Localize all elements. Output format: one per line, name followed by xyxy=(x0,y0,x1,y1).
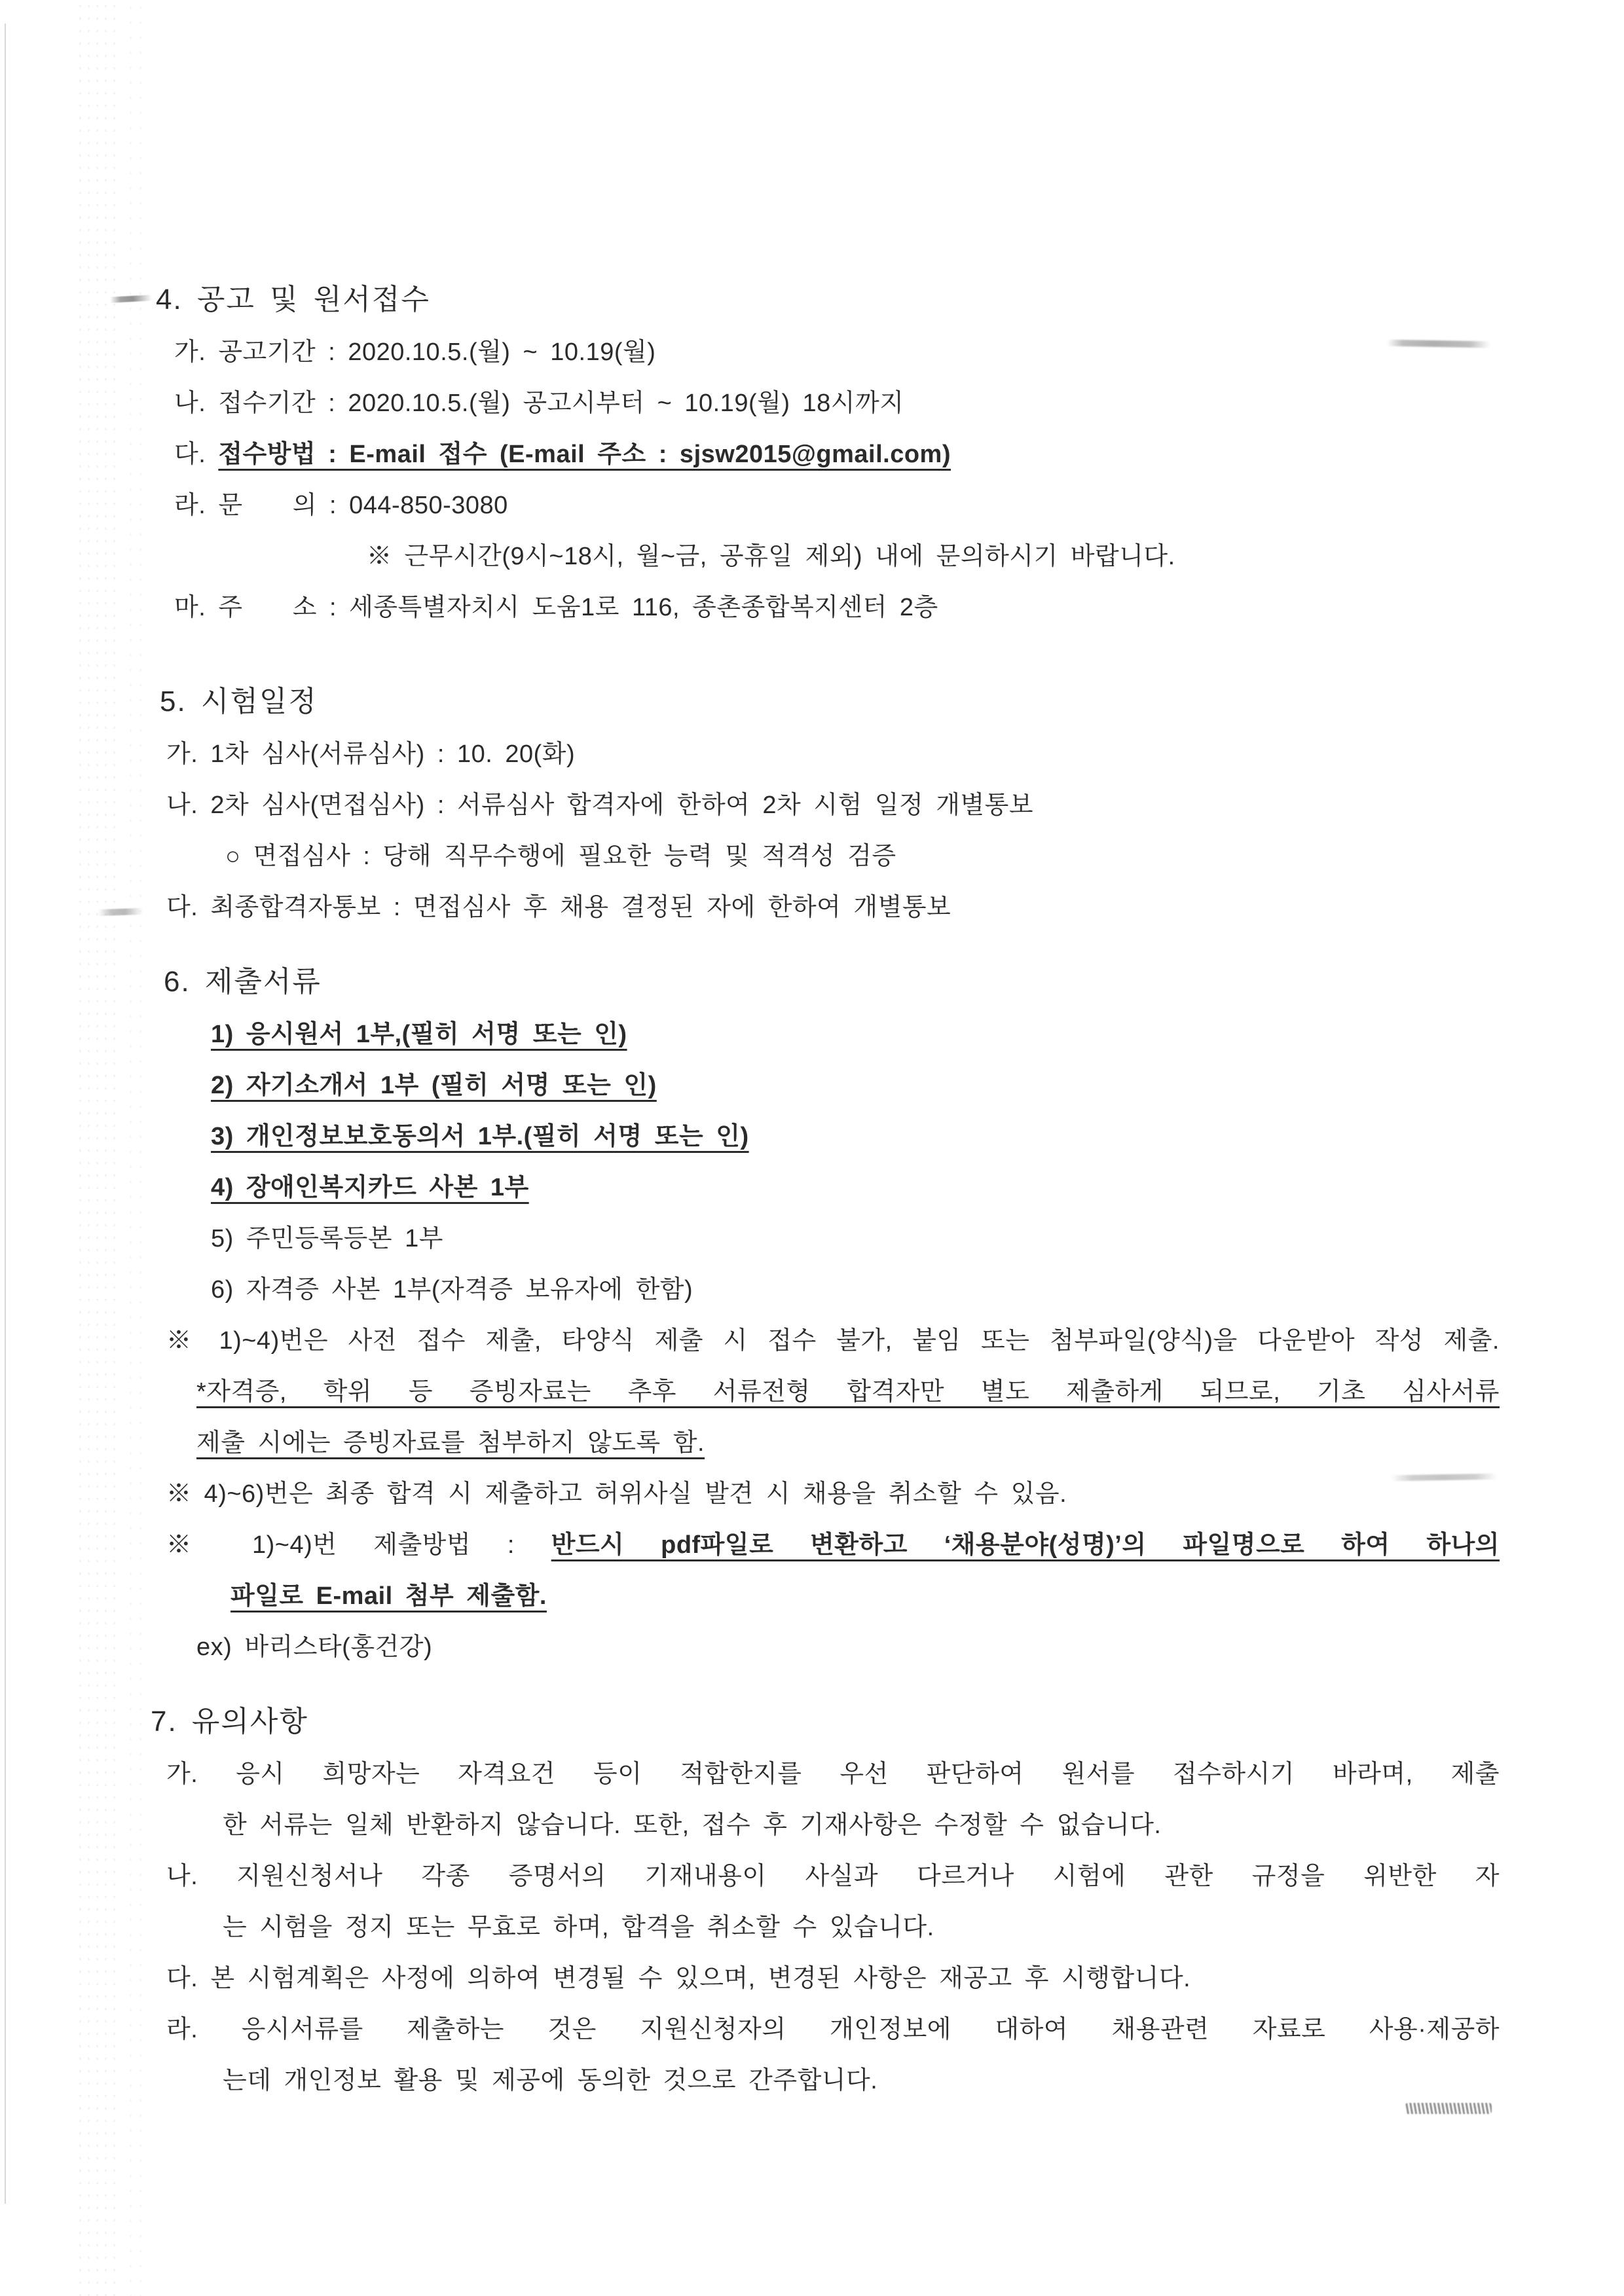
note-filename-example: ex) 바리스타(홍건강) xyxy=(196,1629,1500,1666)
doc-item-3-text: 3) 개인정보보호동의서 1부.(필히 서명 또는 인) xyxy=(211,1123,749,1150)
line-contact-phone: 라. 문 의 : 044-850-3080 xyxy=(174,487,1500,524)
section-exam-schedule: 5. 시험일정 가. 1차 심사(서류심사) : 10. 20(화) 나. 2차… xyxy=(151,682,1500,926)
line-address: 마. 주 소 : 세종특별자치시 도움1로 116, 종촌종합복지센터 2층 xyxy=(174,589,1500,626)
document-notes: ※ 1)~4)번은 사전 접수 제출, 타양식 제출 시 접수 불가, 붙임 또… xyxy=(151,1322,1500,1666)
note-evidence-materials-text1: *자격증, 학위 등 증빙자료는 추후 서류전형 합격자만 별도 제출하게 되므… xyxy=(196,1378,1500,1406)
line-doc-application-form: 1) 응시원서 1부,(필히 서명 또는 인) xyxy=(211,1016,1500,1053)
doc-item-1-text: 1) 응시원서 1부,(필히 서명 또는 인) xyxy=(211,1021,627,1048)
precaution-ga-line1: 가. 응시 희망자는 자격요건 등이 적합한지를 우선 판단하여 원서를 접수하… xyxy=(166,1756,1500,1793)
precaution-da-line: 다. 본 시험계획은 사정에 의하여 변경될 수 있으며, 변경된 사항은 재공… xyxy=(166,1960,1500,1997)
line-doc-privacy-consent: 3) 개인정보보호동의서 1부.(필히 서명 또는 인) xyxy=(211,1118,1500,1155)
note-pdf-method-strong: 반드시 pdf파일로 변환하고 ‘채용분야(성명)’의 파일명으로 하여 하나의 xyxy=(551,1531,1500,1559)
doc-item-4-text: 4) 장애인복지카드 사본 1부 xyxy=(211,1174,529,1201)
line-second-screening: 나. 2차 심사(면접심사) : 서류심사 합격자에 한하여 2차 시험 일정 … xyxy=(166,787,1500,824)
line-application-method-prefix: 다. xyxy=(174,441,218,468)
line-interview-detail: ○ 면접심사 : 당해 직무수행에 필요한 능력 및 적격성 검증 xyxy=(225,838,1500,875)
scan-artifact-dash xyxy=(110,295,152,302)
line-doc-self-introduction: 2) 자기소개서 1부 (필히 서명 또는 인) xyxy=(211,1067,1500,1104)
line-application-period: 나. 접수기간 : 2020.10.5.(월) 공고시부터 ~ 10.19(월)… xyxy=(174,385,1500,422)
note-pdf-method-prefix: ※ 1)~4)번 제출방법 : xyxy=(166,1531,551,1559)
precaution-ga-line2: 한 서류는 일체 반환하지 않습니다. 또한, 접수 후 기재사항은 수정할 수… xyxy=(223,1807,1500,1844)
note-evidence-materials-line1: *자격증, 학위 등 증빙자료는 추후 서류전형 합격자만 별도 제출하게 되므… xyxy=(196,1374,1500,1410)
line-office-hours-note: ※ 근무시간(9시~18시, 월~금, 공휴일 제외) 내에 문의하시기 바랍니… xyxy=(367,538,1500,575)
section-required-documents: 6. 제출서류 1) 응시원서 1부,(필히 서명 또는 인) 2) 자기소개서… xyxy=(151,962,1500,1666)
scan-artifact-left-edge-line xyxy=(5,24,6,2204)
line-announcement-period: 가. 공고기간 : 2020.10.5.(월) ~ 10.19(월) xyxy=(174,334,1500,371)
line-application-method: 다. 접수방법 : E-mail 접수 (E-mail 주소 : sjsw201… xyxy=(174,436,1500,473)
section-7-heading: 7. 유의사항 xyxy=(151,1702,1500,1741)
precaution-na-line1: 나. 지원신청서나 각종 증명서의 기재내용이 사실과 다르거나 시험에 관한 … xyxy=(166,1858,1500,1895)
line-doc-license-copy: 6) 자격증 사본 1부(자격증 보유자에 한함) xyxy=(211,1271,1500,1308)
document-content: 4. 공고 및 원서접수 가. 공고기간 : 2020.10.5.(월) ~ 1… xyxy=(151,280,1500,2113)
scan-artifact-speckle-band xyxy=(76,0,117,2296)
line-first-screening: 가. 1차 심사(서류심사) : 10. 20(화) xyxy=(166,736,1500,773)
section-announcement-and-application: 4. 공고 및 원서접수 가. 공고기간 : 2020.10.5.(월) ~ 1… xyxy=(151,280,1500,626)
precaution-ra-line1: 라. 응시서류를 제출하는 것은 지원신청자의 개인정보에 대하여 채용관련 자… xyxy=(166,2011,1500,2048)
note-final-submission: ※ 4)~6)번은 최종 합격 시 제출하고 허위사실 발견 시 채용을 취소할… xyxy=(166,1476,1500,1512)
doc-item-2-text: 2) 자기소개서 1부 (필히 서명 또는 인) xyxy=(211,1072,657,1099)
section-precautions: 7. 유의사항 가. 응시 희망자는 자격요건 등이 적합한지를 우선 판단하여… xyxy=(151,1702,1500,2099)
note-pdf-method-line2: 파일로 E-mail 첨부 제출함. xyxy=(231,1578,1500,1614)
line-doc-disability-card: 4) 장애인복지카드 사본 1부 xyxy=(211,1169,1500,1206)
line-application-method-email: 접수방법 : E-mail 접수 (E-mail 주소 : sjsw2015@g… xyxy=(218,441,951,468)
precaution-ra-line2: 는데 개인정보 활용 및 제공에 동의한 것으로 간주합니다. xyxy=(223,2062,1500,2099)
line-doc-resident-register: 5) 주민등록등본 1부 xyxy=(211,1220,1500,1257)
section-6-heading: 6. 제출서류 xyxy=(164,962,1500,1002)
note-pdf-method-strong2: 파일로 E-mail 첨부 제출함. xyxy=(231,1582,547,1610)
precaution-na-line2: 는 시험을 정지 또는 무효로 하며, 합격을 취소할 수 있습니다. xyxy=(223,1909,1500,1946)
note-submission-rules: ※ 1)~4)번은 사전 접수 제출, 타양식 제출 시 접수 불가, 붙임 또… xyxy=(166,1322,1500,1359)
document-page: { "colors": { "paper": "#ffffff", "ink":… xyxy=(0,0,1624,2296)
scan-artifact-speckle-band xyxy=(126,0,145,2296)
note-evidence-materials-line2: 제출 시에는 증빙자료를 첨부하지 않도록 함. xyxy=(196,1425,1500,1461)
scan-artifact-dash xyxy=(98,908,143,916)
line-final-notification: 다. 최종합격자통보 : 면접심사 후 채용 결정된 자에 한하여 개별통보 xyxy=(166,889,1500,926)
note-evidence-materials-text2: 제출 시에는 증빙자료를 첨부하지 않도록 함. xyxy=(196,1429,705,1457)
section-4-heading: 4. 공고 및 원서접수 xyxy=(156,280,1500,319)
note-pdf-method-line1: ※ 1)~4)번 제출방법 : 반드시 pdf파일로 변환하고 ‘채용분야(성명… xyxy=(166,1527,1500,1563)
section-5-heading: 5. 시험일정 xyxy=(160,682,1500,721)
